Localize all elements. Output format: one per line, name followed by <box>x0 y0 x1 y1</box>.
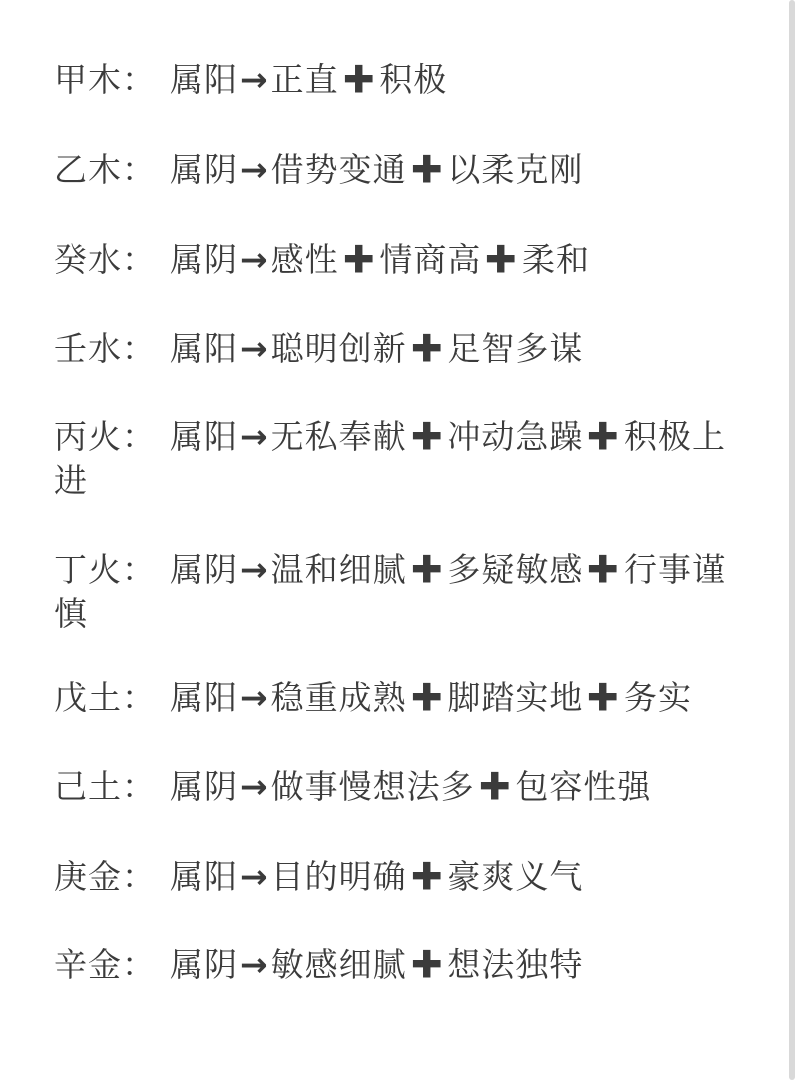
trait: 冲动急躁 <box>447 417 583 456</box>
polarity: 属阴 <box>170 550 238 589</box>
plus-icon: ✚ <box>343 235 376 286</box>
polarity: 属阴 <box>170 240 238 279</box>
plus-icon: ✚ <box>479 762 512 813</box>
colon: ： <box>122 857 156 896</box>
stem-label: 戊土 <box>54 678 122 717</box>
stem-label: 癸水 <box>54 240 122 279</box>
plus-icon: ✚ <box>587 412 620 463</box>
stem-label: 乙木 <box>54 150 122 189</box>
colon: ： <box>122 767 156 806</box>
arrow-right-icon: → <box>240 855 269 899</box>
entry-ji-earth: 己土：属阴→做事慢想法多✚包容性强 <box>54 765 744 809</box>
trait: 以柔克刚 <box>447 150 583 189</box>
arrow-right-icon: → <box>240 548 269 592</box>
trait: 稳重成熟 <box>271 678 407 717</box>
arrow-right-icon: → <box>240 415 269 459</box>
arrow-right-icon: → <box>240 676 269 720</box>
colon: ： <box>122 945 156 984</box>
trait: 多疑敏感 <box>447 550 583 589</box>
entry-geng-metal: 庚金：属阳→目的明确✚豪爽义气 <box>54 855 744 899</box>
trait: 积极 <box>379 60 447 99</box>
trait: 足智多谋 <box>447 329 583 368</box>
plus-icon: ✚ <box>411 145 444 196</box>
trait: 做事慢想法多 <box>271 767 475 806</box>
arrow-right-icon: → <box>240 238 269 282</box>
trait: 正直 <box>271 60 339 99</box>
arrow-right-icon: → <box>240 58 269 102</box>
entry-ding-fire: 丁火：属阴→温和细腻✚多疑敏感✚行事谨慎 <box>54 548 744 636</box>
polarity: 属阳 <box>170 678 238 717</box>
trait: 温和细腻 <box>271 550 407 589</box>
polarity: 属阳 <box>170 417 238 456</box>
stem-label: 己土 <box>54 767 122 806</box>
vertical-scrollbar[interactable] <box>789 0 795 1080</box>
colon: ： <box>122 550 156 589</box>
plus-icon: ✚ <box>587 673 620 724</box>
arrow-right-icon: → <box>240 765 269 809</box>
entry-xin-metal: 辛金：属阴→敏感细腻✚想法独特 <box>54 943 744 987</box>
trait: 借势变通 <box>271 150 407 189</box>
polarity: 属阴 <box>170 767 238 806</box>
entry-jia-wood: 甲木：属阳→正直✚积极 <box>54 58 744 102</box>
arrow-right-icon: → <box>240 327 269 371</box>
trait: 脚踏实地 <box>447 678 583 717</box>
trait: 聪明创新 <box>271 329 407 368</box>
polarity: 属阴 <box>170 150 238 189</box>
plus-icon: ✚ <box>587 545 620 596</box>
plus-icon: ✚ <box>411 673 444 724</box>
colon: ： <box>122 417 156 456</box>
plus-icon: ✚ <box>343 55 376 106</box>
polarity: 属阳 <box>170 857 238 896</box>
stem-label: 丙火 <box>54 417 122 456</box>
stem-label: 甲木 <box>54 60 122 99</box>
trait: 包容性强 <box>515 767 651 806</box>
trait: 目的明确 <box>271 857 407 896</box>
trait: 情商高 <box>379 240 481 279</box>
trait: 敏感细腻 <box>271 945 407 984</box>
colon: ： <box>122 329 156 368</box>
plus-icon: ✚ <box>411 852 444 903</box>
stem-label: 丁火 <box>54 550 122 589</box>
plus-icon: ✚ <box>485 235 518 286</box>
arrow-right-icon: → <box>240 943 269 987</box>
plus-icon: ✚ <box>411 324 444 375</box>
polarity: 属阳 <box>170 329 238 368</box>
polarity: 属阳 <box>170 60 238 99</box>
stem-label: 壬水 <box>54 329 122 368</box>
entry-gui-water: 癸水：属阴→感性✚情商高✚柔和 <box>54 238 744 282</box>
colon: ： <box>122 678 156 717</box>
trait: 豪爽义气 <box>447 857 583 896</box>
trait: 柔和 <box>522 240 590 279</box>
entry-yi-wood: 乙木：属阴→借势变通✚以柔克刚 <box>54 148 744 192</box>
plus-icon: ✚ <box>411 940 444 991</box>
stem-label: 庚金 <box>54 857 122 896</box>
plus-icon: ✚ <box>411 545 444 596</box>
trait: 想法独特 <box>447 945 583 984</box>
entry-wu-earth: 戊土：属阳→稳重成熟✚脚踏实地✚务实 <box>54 676 744 720</box>
document-page: 甲木：属阳→正直✚积极 乙木：属阴→借势变通✚以柔克刚 癸水：属阴→感性✚情商高… <box>0 0 780 1086</box>
polarity: 属阴 <box>170 945 238 984</box>
arrow-right-icon: → <box>240 148 269 192</box>
plus-icon: ✚ <box>411 412 444 463</box>
trait: 务实 <box>624 678 692 717</box>
colon: ： <box>122 240 156 279</box>
entry-bing-fire: 丙火：属阳→无私奉献✚冲动急躁✚积极上进 <box>54 415 744 503</box>
trait: 无私奉献 <box>271 417 407 456</box>
entry-ren-water: 壬水：属阳→聪明创新✚足智多谋 <box>54 327 744 371</box>
colon: ： <box>122 150 156 189</box>
trait: 感性 <box>271 240 339 279</box>
stem-label: 辛金 <box>54 945 122 984</box>
colon: ： <box>122 60 156 99</box>
